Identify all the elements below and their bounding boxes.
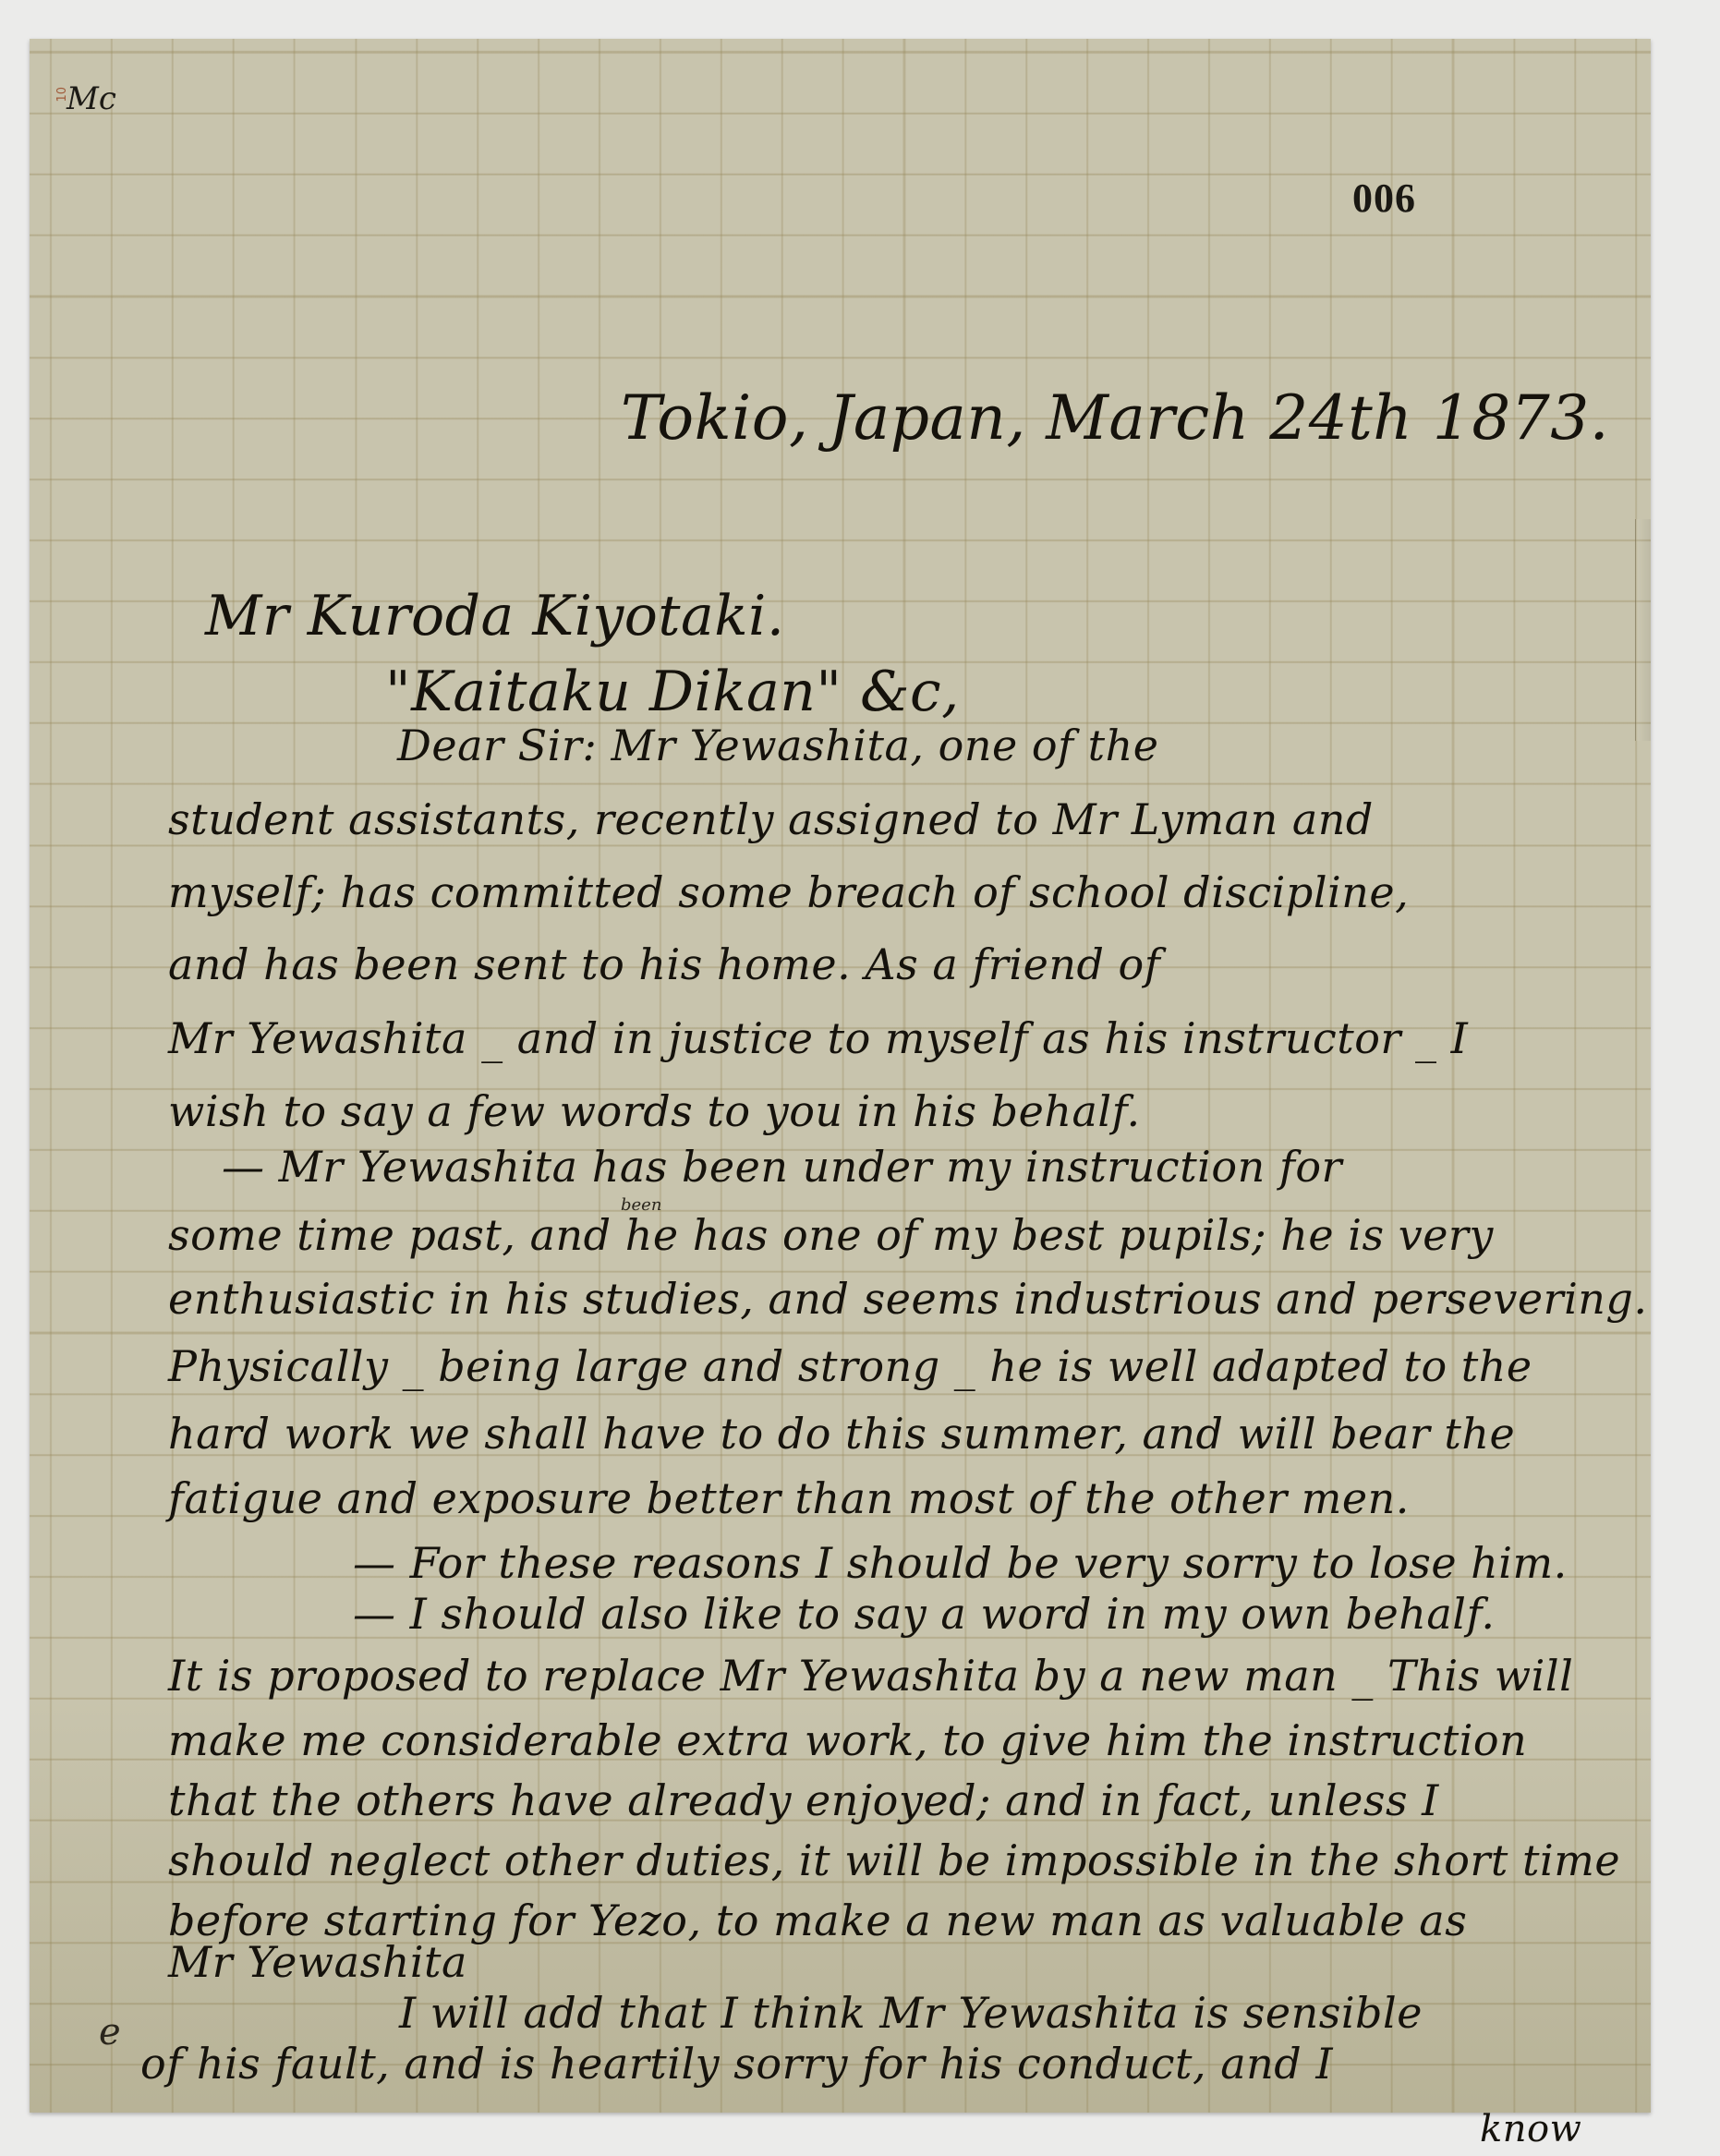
body-line: — For these reasons I should be very sor… <box>353 1538 1568 1588</box>
body-line: — Mr Yewashita has been under my instruc… <box>222 1142 1342 1192</box>
body-line-salutation: Dear Sir: Mr Yewashita, one of the <box>397 721 1159 770</box>
body-line: and has been sent to his home. As a frie… <box>168 939 1160 989</box>
archive-initials: Mc <box>67 80 116 117</box>
body-line: make me considerable extra work, to give… <box>168 1715 1527 1765</box>
body-line: It is proposed to replace Mr Yewashita b… <box>168 1651 1573 1701</box>
body-line: of his fault, and is heartily sorry for … <box>140 2039 1333 2089</box>
body-line: hard work we shall have to do this summe… <box>168 1409 1515 1459</box>
paper-fold <box>1635 519 1651 741</box>
archive-red-mark: 10 <box>55 87 69 103</box>
body-line: I will add that I think Mr Yewashita is … <box>399 1988 1423 2038</box>
dateline: Tokio, Japan, March 24th 1873. <box>621 382 1609 454</box>
page-number-stamp: 006 <box>1352 175 1416 222</box>
addressee-name: Mr Kuroda Kiyotaki. <box>205 584 784 648</box>
letter-page: Mc 10 006 Tokio, Japan, March 24th 1873.… <box>30 39 1651 2113</box>
addressee-title: "Kaitaku Dikan" &c, <box>385 660 960 724</box>
body-line: should neglect other duties, it will be … <box>168 1835 1620 1885</box>
body-line: enthusiastic in his studies, and seems i… <box>168 1274 1647 1324</box>
body-line: myself; has committed some breach of sch… <box>168 867 1409 917</box>
body-line: — I should also like to say a word in my… <box>353 1589 1496 1639</box>
body-line: Physically _ being large and strong _ he… <box>168 1341 1532 1391</box>
margin-mark: e <box>99 2011 121 2053</box>
body-line: some time past, and he has one of my bes… <box>168 1210 1494 1260</box>
body-line: Mr Yewashita _ and in justice to myself … <box>168 1013 1468 1063</box>
body-line: fatigue and exposure better than most of… <box>168 1473 1410 1523</box>
body-line: Mr Yewashita <box>168 1937 467 1987</box>
body-line: wish to say a few words to you in his be… <box>168 1086 1141 1136</box>
catchword: know <box>1480 2108 1581 2150</box>
body-line: student assistants, recently assigned to… <box>168 794 1374 844</box>
body-line: that the others have already enjoyed; an… <box>168 1775 1439 1825</box>
